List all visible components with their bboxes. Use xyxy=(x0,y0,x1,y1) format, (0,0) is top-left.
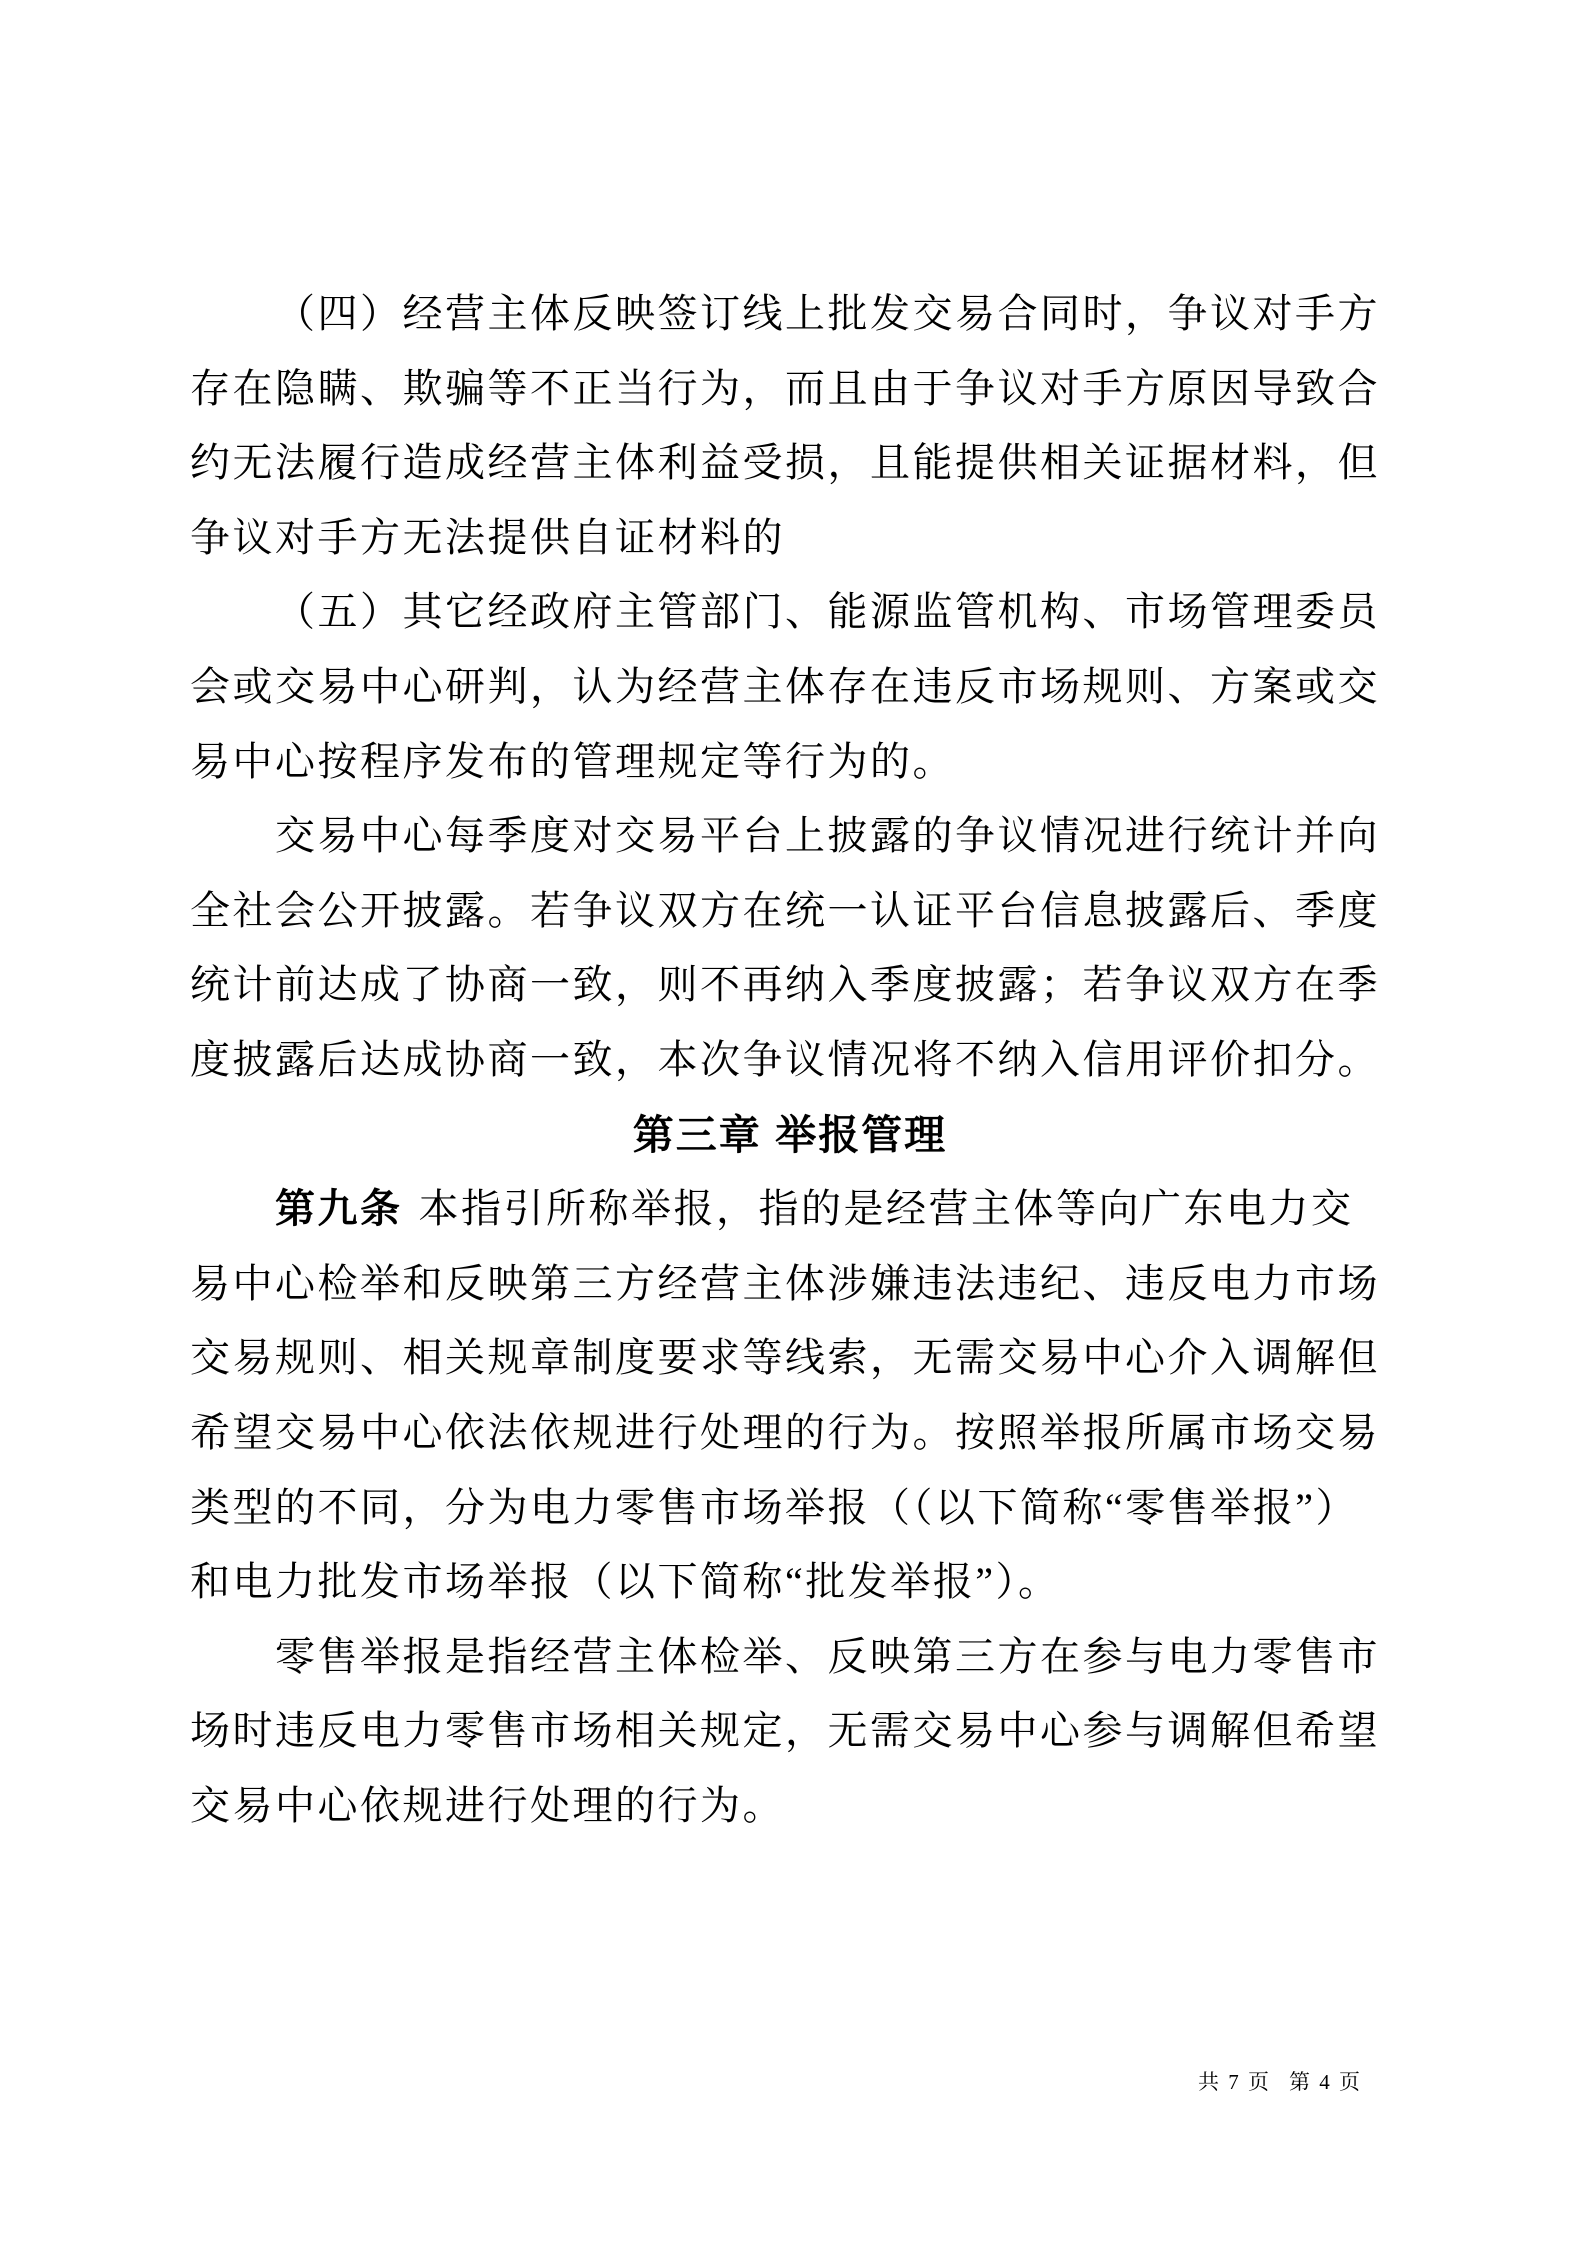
paragraph-line: 争议对手方无法提供自证材料的 xyxy=(190,501,1390,576)
paragraph-line: 和电力批发市场举报（以下简称“批发举报”）。 xyxy=(190,1545,1390,1620)
paragraph-line: 全社会公开披露。若争议双方在统一认证平台信息披露后、季度 xyxy=(190,874,1390,949)
paragraph-line: （四）经营主体反映签订线上批发交易合同时，争议对手方 xyxy=(190,277,1390,352)
document-page: （四）经营主体反映签订线上批发交易合同时，争议对手方 存在隐瞒、欺骗等不正当行为… xyxy=(0,0,1587,2245)
paragraph-line: 易中心按程序发布的管理规定等行为的。 xyxy=(190,725,1390,800)
paragraph-line: 交易中心依规进行处理的行为。 xyxy=(190,1769,1390,1844)
paragraph-line: 交易中心每季度对交易平台上披露的争议情况进行统计并向 xyxy=(190,799,1390,874)
paragraph-line: 类型的不同，分为电力零售市场举报（（以下简称“零售举报”） xyxy=(190,1471,1390,1546)
document-body: （四）经营主体反映签订线上批发交易合同时，争议对手方 存在隐瞒、欺骗等不正当行为… xyxy=(190,277,1390,1843)
paragraph-line: 希望交易中心依法依规进行处理的行为。按照举报所属市场交易 xyxy=(190,1396,1390,1471)
article-text: 本指引所称举报，指的是经营主体等向广东电力交 xyxy=(419,1186,1354,1231)
paragraph-line: 统计前达成了协商一致，则不再纳入季度披露；若争议双方在季 xyxy=(190,948,1390,1023)
paragraph-line: （五）其它经政府主管部门、能源监管机构、市场管理委员 xyxy=(190,575,1390,650)
paragraph-line: 约无法履行造成经营主体利益受损，且能提供相关证据材料，但 xyxy=(190,426,1390,501)
paragraph-line: 零售举报是指经营主体检举、反映第三方在参与电力零售市 xyxy=(190,1620,1390,1695)
paragraph-line: 度披露后达成协商一致，本次争议情况将不纳入信用评价扣分。 xyxy=(190,1023,1390,1098)
article-line: 第九条本指引所称举报，指的是经营主体等向广东电力交 xyxy=(190,1172,1390,1247)
paragraph-line: 场时违反电力零售市场相关规定，无需交易中心参与调解但希望 xyxy=(190,1694,1390,1769)
article-number-label: 第九条 xyxy=(275,1187,403,1231)
paragraph-line: 易中心检举和反映第三方经营主体涉嫌违法违纪、违反电力市场 xyxy=(190,1247,1390,1322)
total-pages-label: 共 7 页 xyxy=(1198,2070,1271,2094)
paragraph-line: 交易规则、相关规章制度要求等线索，无需交易中心介入调解但 xyxy=(190,1321,1390,1396)
current-page-label: 第 4 页 xyxy=(1289,2070,1362,2094)
page-footer: 共 7 页第 4 页 xyxy=(1198,2070,1362,2094)
chapter-heading: 第三章 举报管理 xyxy=(190,1098,1390,1173)
paragraph-line: 存在隐瞒、欺骗等不正当行为，而且由于争议对手方原因导致合 xyxy=(190,352,1390,427)
paragraph-line: 会或交易中心研判，认为经营主体存在违反市场规则、方案或交 xyxy=(190,650,1390,725)
